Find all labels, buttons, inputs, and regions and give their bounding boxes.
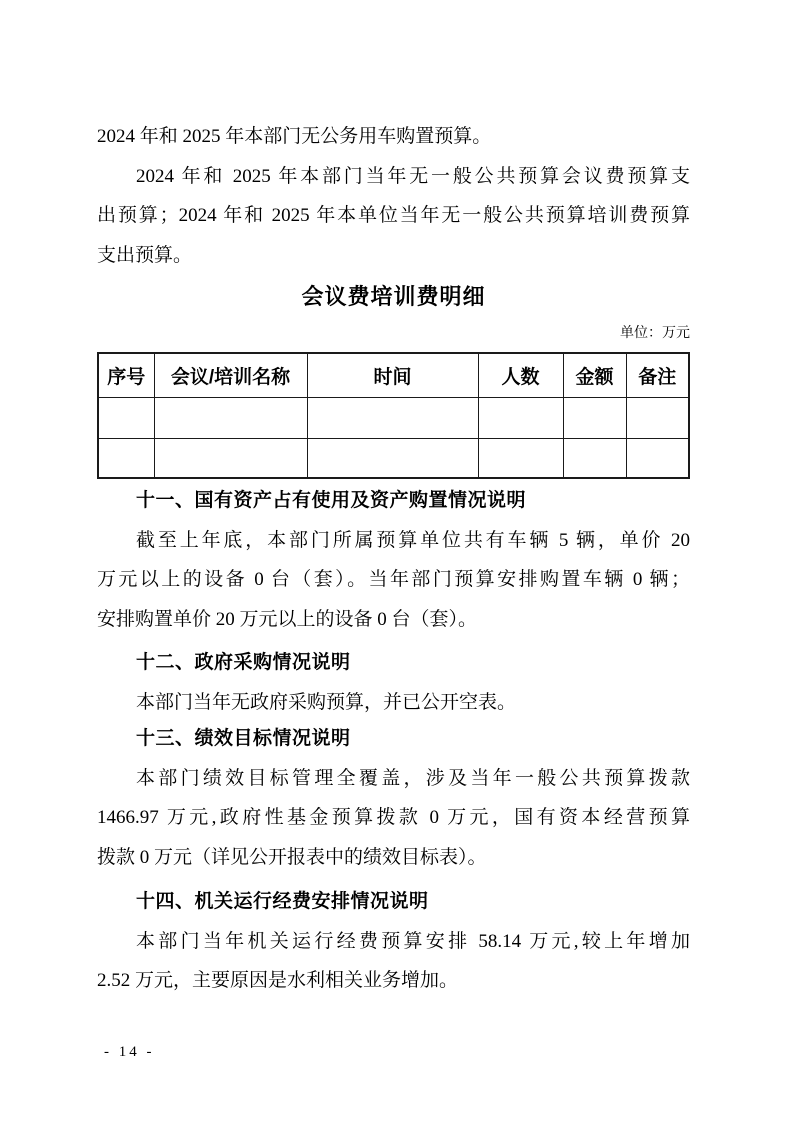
body-line: 安排购置单价 20 万元以上的设备 0 台（套）。: [97, 600, 690, 640]
table-cell: [307, 398, 478, 439]
section-14: 十四、机关运行经费安排情况说明 本部门当年机关运行经费预算安排 58.14 万元…: [97, 882, 690, 1001]
table-cell: [563, 439, 626, 479]
body-line: 截至上年底，本部门所属预算单位共有车辆 5 辆，单价 20: [97, 521, 690, 561]
section-heading-14: 十四、机关运行经费安排情况说明: [97, 882, 690, 922]
intro-paragraph: 2024 年和 2025 年本部门无公务用车购置预算。 2024 年和 2025…: [97, 117, 690, 275]
section-heading-13: 十三、绩效目标情况说明: [97, 719, 690, 759]
body-line: 本部门当年机关运行经费预算安排 58.14 万元,较上年增加: [97, 922, 690, 962]
table-cell: [98, 439, 154, 479]
unit-note: 单位：万元: [97, 324, 692, 344]
body-line: 拨款 0 万元（详见公开报表中的绩效目标表）。: [97, 838, 690, 878]
table-cell: [154, 398, 307, 439]
column-header-remark: 备注: [626, 353, 689, 398]
column-header-index: 序号: [98, 353, 154, 398]
section-13: 十三、绩效目标情况说明 本部门绩效目标管理全覆盖，涉及当年一般公共预算拨款 14…: [97, 719, 690, 877]
body-line: 支出预算。: [97, 236, 690, 276]
table-row: [98, 439, 689, 479]
table-header-row: 序号 会议/培训名称 时间 人数 金额 备注: [98, 353, 689, 398]
section-heading-12: 十二、政府采购情况说明: [97, 643, 690, 683]
body-line: 本部门当年无政府采购预算，并已公开空表。: [97, 683, 690, 723]
document-page: 2024 年和 2025 年本部门无公务用车购置预算。 2024 年和 2025…: [0, 0, 793, 1122]
table-cell: [154, 439, 307, 479]
table-cell: [478, 398, 563, 439]
table-row: [98, 398, 689, 439]
body-line: 万元以上的设备 0 台（套）。当年部门预算安排购置车辆 0 辆；: [97, 560, 690, 600]
column-header-time: 时间: [307, 353, 478, 398]
table-cell: [307, 439, 478, 479]
column-header-people: 人数: [478, 353, 563, 398]
table-cell: [626, 398, 689, 439]
meeting-training-table: 序号 会议/培训名称 时间 人数 金额 备注: [97, 352, 690, 479]
section-heading-11: 十一、国有资产占有使用及资产购置情况说明: [97, 481, 690, 521]
page-number: - 14 -: [104, 1043, 155, 1061]
section-12: 十二、政府采购情况说明 本部门当年无政府采购预算，并已公开空表。: [97, 643, 690, 722]
column-header-name: 会议/培训名称: [154, 353, 307, 398]
table-cell: [98, 398, 154, 439]
table-cell: [478, 439, 563, 479]
body-line: 2.52 万元，主要原因是水利相关业务增加。: [97, 961, 690, 1001]
body-line: 本部门绩效目标管理全覆盖，涉及当年一般公共预算拨款: [97, 759, 690, 799]
column-header-amount: 金额: [563, 353, 626, 398]
body-line: 出预算；2024 年和 2025 年本单位当年无一般公共预算培训费预算: [97, 196, 690, 236]
body-line: 2024 年和 2025 年本部门当年无一般公共预算会议费预算支: [97, 157, 690, 197]
table-cell: [626, 439, 689, 479]
section-11: 十一、国有资产占有使用及资产购置情况说明 截至上年底，本部门所属预算单位共有车辆…: [97, 481, 690, 639]
table-cell: [563, 398, 626, 439]
table-title: 会议费培训费明细: [97, 282, 690, 312]
body-line: 2024 年和 2025 年本部门无公务用车购置预算。: [97, 117, 690, 157]
body-line: 1466.97 万元,政府性基金预算拨款 0 万元，国有资本经营预算: [97, 798, 690, 838]
